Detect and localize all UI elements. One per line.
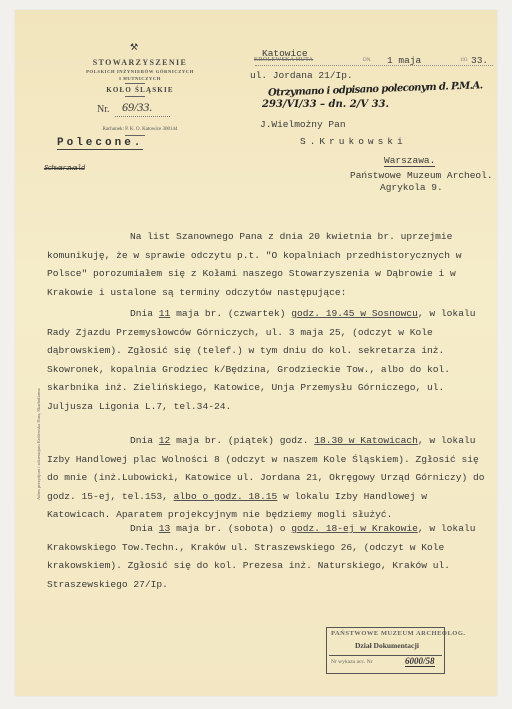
sender-street: ul. Jordana 21/Ip. — [250, 70, 353, 81]
date-day: 1 maja — [387, 55, 421, 66]
date-year: 33. — [471, 55, 488, 66]
handwritten-note-2: 293/VI/33 – dn. 2/V 33. — [262, 99, 389, 110]
lecture-time-place: 18.30 w Katowicach — [314, 435, 418, 446]
date-line — [255, 65, 493, 66]
divider — [125, 83, 145, 84]
recipient-name: S.Krukowski — [300, 136, 407, 147]
divider — [125, 135, 145, 136]
museum-archive-stamp: PAŃSTWOWE MUZEUM ARCHEOLOG. Dział Dokume… — [326, 627, 445, 674]
stamp-department: Dział Dokumentacji — [355, 641, 419, 650]
struck-city: KRÓLEWSKA HUTA — [254, 57, 313, 63]
dn-label: DN. — [363, 58, 371, 63]
bank-account: Rachunek: P. K. O. Katowice 300144 — [40, 127, 240, 132]
paragraph-katowice: Dnia 12 maja br. (piątek) godz. 18.30 w … — [47, 432, 491, 525]
paragraph-krakow: Dnia 13 maja br. (sobota) o godz. 18-ej … — [47, 520, 491, 594]
crossed-hammers-icon: ⚒ — [126, 40, 142, 54]
stamp-institution: PAŃSTWOWE MUZEUM ARCHEOLOG. — [331, 630, 466, 637]
reference-number-label: Nr. — [97, 104, 110, 115]
side-address-note: Adres prezydjum i sekretarjatu Królewska… — [36, 388, 41, 500]
stamp-inventory-number: 6000/58 — [405, 656, 435, 667]
reference-number-line — [115, 116, 170, 117]
branch-name: KOŁO ŚLĄSKIE — [40, 86, 240, 94]
org-subtitle-1: POLSKICH INŻYNIERÓW GÓRNICZYCH — [40, 69, 240, 74]
recipient-institution: Państwowe Muzeum Archeol. — [350, 170, 493, 181]
lecture-day: 13 — [159, 523, 171, 534]
paragraph-sosnowiec: Dnia 11 maja br. (czwartek) godz. 19.45 … — [47, 305, 491, 416]
stamp-inventory-label: Nr wykazu acc. Nr — [331, 659, 373, 665]
lecture-day: 11 — [159, 308, 171, 319]
salutation: J.Wielmożny Pan — [260, 119, 346, 130]
recipient-address: Agrykola 9. — [380, 182, 443, 193]
lecture-time-place: godz. 19.45 w Sosnowcu — [291, 308, 418, 319]
struck-out-scribble: Schwarzwald — [44, 165, 85, 173]
recipient-city: Warszawa. — [384, 155, 435, 167]
org-title: STOWARZYSZENIE — [40, 58, 240, 67]
paragraph-intro: Na list Szanownego Pana z dnia 20 kwietn… — [47, 228, 491, 302]
year-label: 193 — [460, 58, 468, 63]
lecture-day: 12 — [159, 435, 171, 446]
alternate-time: albo o godz. 18.15 — [174, 491, 278, 502]
reference-number: 69/33. — [122, 100, 152, 115]
org-subtitle-2: I HUTNICZYCH — [40, 76, 240, 81]
lecture-time-place: godz. 18-ej w Krakowie — [291, 523, 418, 534]
divider — [125, 96, 145, 97]
registered-mail-mark: Polecone. — [57, 137, 143, 150]
